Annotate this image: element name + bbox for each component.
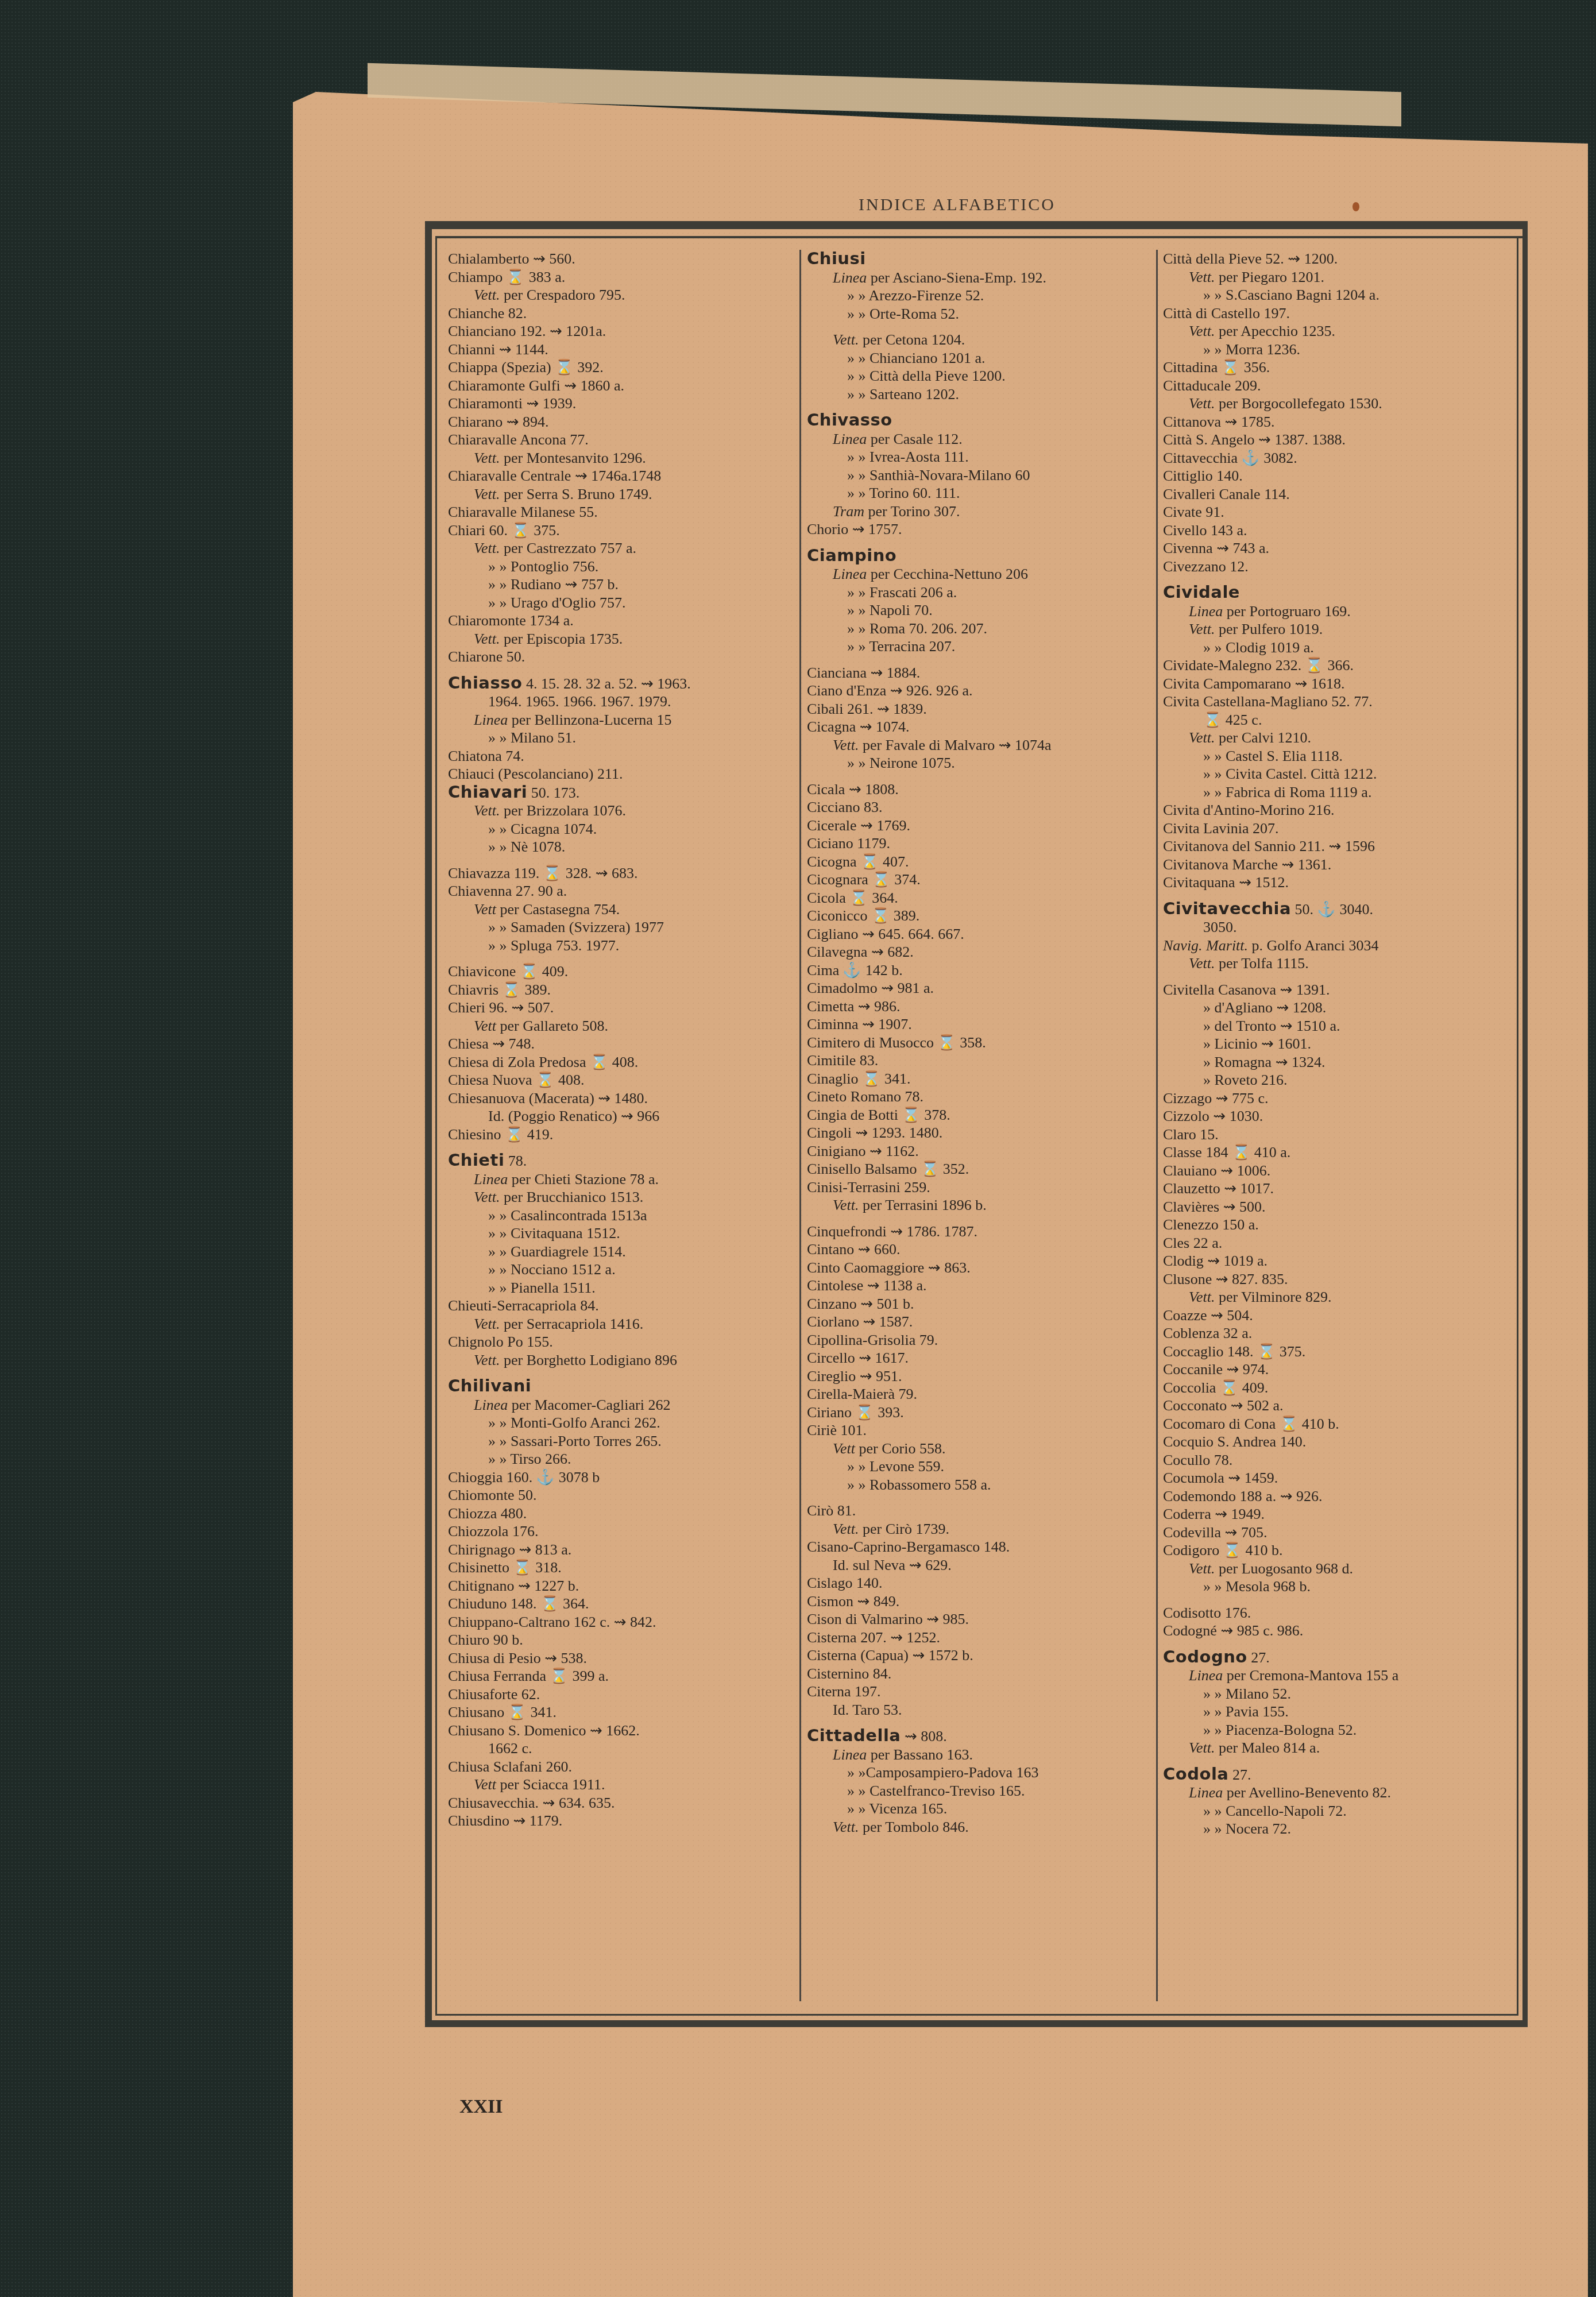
index-entry: Linea per Asciano-Siena-Emp. 192.: [807, 269, 1151, 287]
index-entry: Chieuti-Serracapriola 84.: [448, 1297, 798, 1315]
index-entry: » » Cicagna 1074.: [448, 820, 798, 838]
index-entry: Cireglio ⇝ 951.: [807, 1367, 1151, 1386]
index-entry: Vett. per Maleo 814 a.: [1163, 1739, 1513, 1757]
index-entry: Cisterna (Capua) ⇝ 1572 b.: [807, 1646, 1151, 1665]
index-entry: Vett. per Borghetto Lodigiano 896: [448, 1351, 798, 1370]
index-entry: Chiuduno 148. ⌛ 364.: [448, 1595, 798, 1613]
index-heading-entry: Codogno 27.: [1163, 1648, 1513, 1667]
index-entry: Cinaglio ⌛ 341.: [807, 1070, 1151, 1088]
index-entry: » » Rudiano ⇝ 757 b.: [448, 575, 798, 594]
index-entry: Linea per Avellino-Benevento 82.: [1163, 1784, 1513, 1802]
service-type-label: Vett.: [833, 1521, 859, 1537]
index-entry: » Licinio ⇝ 1601.: [1163, 1035, 1513, 1053]
index-entry: Chiesa ⇝ 748.: [448, 1035, 798, 1053]
index-entry: Chiusavecchia. ⇝ 634. 635.: [448, 1794, 798, 1812]
index-entry: Linea per Bassano 163.: [807, 1746, 1151, 1764]
index-entry: » del Tronto ⇝ 1510 a.: [1163, 1017, 1513, 1035]
index-entry: Vett. per Borgocollefegato 1530.: [1163, 395, 1513, 413]
index-entry: » » Neirone 1075.: [807, 754, 1151, 772]
index-entry: » » Sarteano 1202.: [807, 385, 1151, 404]
index-entry: Cislago 140.: [807, 1574, 1151, 1592]
frame-rule: [1522, 221, 1528, 2027]
index-entry: Civitella Casanova ⇝ 1391.: [1163, 981, 1513, 999]
index-entry: » » Orte-Roma 52.: [807, 305, 1151, 323]
index-entry: Vett. per Brucchianico 1513.: [448, 1188, 798, 1206]
station-heading: Civitavecchia: [1163, 899, 1291, 918]
service-type-label: Vett.: [1189, 269, 1215, 285]
frame-rule: [435, 236, 437, 2016]
index-entry: » » Santhià-Novara-Milano 60: [807, 466, 1151, 485]
index-entry: Chianche 82.: [448, 304, 798, 323]
index-entry: Linea per Cecchina-Nettuno 206: [807, 565, 1151, 583]
index-entry: » » Pavia 155.: [1163, 1703, 1513, 1721]
index-entry: Ciriè 101.: [807, 1421, 1151, 1440]
index-entry: » » Civita Castel. Città 1212.: [1163, 765, 1513, 783]
index-entry: » » Robassomero 558 a.: [807, 1476, 1151, 1494]
station-heading: Cittadella: [807, 1726, 901, 1745]
index-heading-entry: Chiusi: [807, 250, 1151, 269]
index-entry: Coccaglio 148. ⌛ 375.: [1163, 1343, 1513, 1361]
index-entry: Cocumola ⇝ 1459.: [1163, 1469, 1513, 1487]
index-entry: Chiaravalle Milanese 55.: [448, 503, 798, 521]
index-entry: Clauiano ⇝ 1006.: [1163, 1162, 1513, 1180]
service-type-label: Linea: [1189, 1784, 1223, 1801]
index-entry: Civita Campomarano ⇝ 1618.: [1163, 675, 1513, 693]
service-type-label: Vett.: [1189, 395, 1215, 412]
index-entry: Chiatona 74.: [448, 747, 798, 765]
index-entry: Linea per Chieti Stazione 78 a.: [448, 1170, 798, 1189]
index-entry: Cimitero di Musocco ⌛ 358.: [807, 1034, 1151, 1052]
service-type-label: Navig. Maritt.: [1163, 937, 1248, 954]
index-entry: » » Torino 60. 111.: [807, 484, 1151, 502]
station-heading: Codogno: [1163, 1647, 1247, 1666]
index-entry: Vett. per Serra S. Bruno 1749.: [448, 485, 798, 504]
index-entry: Civita d'Antino-Morino 216.: [1163, 801, 1513, 819]
index-entry: Vett. per Apecchio 1235.: [1163, 322, 1513, 341]
index-entry: Cisternino 84.: [807, 1665, 1151, 1683]
index-column-3: Città della Pieve 52. ⇝ 1200.Vett. per P…: [1163, 250, 1513, 1838]
index-entry: Cingoli ⇝ 1293. 1480.: [807, 1124, 1151, 1142]
column-divider: [799, 250, 801, 2001]
index-entry: » » Samaden (Svizzera) 1977: [448, 918, 798, 937]
index-entry: Cirò 81.: [807, 1502, 1151, 1520]
index-entry: » » Nocciano 1512 a.: [448, 1260, 798, 1279]
index-entry: Cisterna 207. ⇝ 1252.: [807, 1629, 1151, 1647]
index-entry: Chiuppano-Caltrano 162 c. ⇝ 842.: [448, 1613, 798, 1631]
index-heading-entry: Cividale: [1163, 583, 1513, 602]
index-entry: » » Clodig 1019 a.: [1163, 639, 1513, 657]
index-entry: Chisinetto ⌛ 318.: [448, 1559, 798, 1577]
index-entry: Cimitile 83.: [807, 1051, 1151, 1070]
index-entry: Cintolese ⇝ 1138 a.: [807, 1277, 1151, 1295]
index-entry: Civate 91.: [1163, 503, 1513, 521]
index-entry: Clodig ⇝ 1019 a.: [1163, 1252, 1513, 1270]
service-type-label: Linea: [1189, 603, 1223, 620]
index-entry: » Romagna ⇝ 1324.: [1163, 1053, 1513, 1072]
index-entry: Vett per Sciacca 1911.: [448, 1776, 798, 1794]
entry-refs: 27.: [1247, 1649, 1270, 1666]
index-entry: Civenna ⇝ 743 a.: [1163, 539, 1513, 558]
service-type-label: Tram: [833, 503, 864, 520]
index-entry: Cison di Valmarino ⇝ 985.: [807, 1610, 1151, 1629]
index-entry: » » Nocera 72.: [1163, 1820, 1513, 1838]
service-type-label: Vett.: [474, 631, 500, 647]
index-entry: Chiarone 50.: [448, 648, 798, 666]
index-entry: Coccanile ⇝ 974.: [1163, 1360, 1513, 1379]
index-entry: Cividate-Malegno 232. ⌛ 366.: [1163, 656, 1513, 675]
index-entry: Coccolia ⌛ 409.: [1163, 1379, 1513, 1397]
service-type-label: Vett.: [474, 450, 500, 466]
index-entry: Clusone ⇝ 827. 835.: [1163, 1270, 1513, 1289]
page-number: XXII: [459, 2096, 503, 2118]
index-entry: Vett. per Tombolo 846.: [807, 1818, 1151, 1836]
index-entry: Chiampo ⌛ 383 a.: [448, 268, 798, 287]
index-entry: Linea per Bellinzona-Lucerna 15: [448, 711, 798, 729]
index-entry: Id. sul Neva ⇝ 629.: [807, 1556, 1151, 1575]
index-entry: Vett per Gallareto 508.: [448, 1017, 798, 1035]
index-entry: Chiesa di Zola Predosa ⌛ 408.: [448, 1053, 798, 1072]
index-entry: Clauzetto ⇝ 1017.: [1163, 1180, 1513, 1198]
page-title: INDICE ALFABETICO: [859, 195, 1056, 215]
entry-refs: 4. 15. 28. 32 a. 52. ⇝ 1963.: [522, 675, 690, 692]
index-entry: » d'Agliano ⇝ 1208.: [1163, 999, 1513, 1017]
index-entry: Codisotto 176.: [1163, 1604, 1513, 1622]
service-type-label: Vett.: [1189, 323, 1215, 339]
index-entry: » » Spluga 753. 1977.: [448, 937, 798, 955]
index-entry: » » Sassari-Porto Torres 265.: [448, 1432, 798, 1451]
index-entry: Vett per Castasegna 754.: [448, 900, 798, 919]
index-entry: Vett. per Piegaro 1201.: [1163, 268, 1513, 287]
index-entry: Clavières ⇝ 500.: [1163, 1198, 1513, 1216]
index-entry: Cilavegna ⇝ 682.: [807, 943, 1151, 961]
index-entry: Chiavris ⌛ 389.: [448, 981, 798, 999]
index-entry: Cinisello Balsamo ⌛ 352.: [807, 1160, 1151, 1178]
index-entry: Cicola ⌛ 364.: [807, 889, 1151, 907]
index-entry: » » Levone 559.: [807, 1457, 1151, 1476]
station-heading: Chivasso: [807, 410, 892, 430]
index-entry: Chiusano ⌛ 341.: [448, 1703, 798, 1722]
service-type-label: Vett.: [474, 1352, 500, 1368]
index-entry: Vett. per Crespadoro 795.: [448, 286, 798, 304]
index-entry: Cittanova ⇝ 1785.: [1163, 413, 1513, 431]
station-heading: Chiavari: [448, 782, 527, 802]
index-entry: Codemondo 188 a. ⇝ 926.: [1163, 1487, 1513, 1506]
index-entry: Chiomonte 50.: [448, 1486, 798, 1505]
index-entry: » » Castel S. Elia 1118.: [1163, 747, 1513, 765]
index-entry: » » Fabrica di Roma 1119 a.: [1163, 783, 1513, 802]
index-entry: Chiusa Ferranda ⌛ 399 a.: [448, 1667, 798, 1685]
index-entry: Cinzano ⇝ 501 b.: [807, 1295, 1151, 1313]
index-entry: Città di Castello 197.: [1163, 304, 1513, 323]
index-entry: 1964. 1965. 1966. 1967. 1979.: [448, 693, 798, 711]
service-type-label: Linea: [833, 269, 867, 286]
index-entry: Chiesa Nuova ⌛ 408.: [448, 1071, 798, 1089]
index-frame: Chialamberto ⇝ 560.Chiampo ⌛ 383 a.Vett.…: [425, 221, 1528, 2027]
column-divider: [1156, 250, 1158, 2001]
index-entry: Chiaravalle Ancona 77.: [448, 431, 798, 449]
index-entry: Linea per Macomer-Cagliari 262: [448, 1396, 798, 1414]
index-entry: Chianni ⇝ 1144.: [448, 341, 798, 359]
index-entry: Vett. per Cirò 1739.: [807, 1520, 1151, 1538]
index-entry: » » Pontoglio 756.: [448, 558, 798, 576]
index-column-2: ChiusiLinea per Asciano-Siena-Emp. 192.»…: [807, 250, 1151, 1836]
station-heading: Chiusi: [807, 249, 866, 268]
index-entry: » » Città della Pieve 1200.: [807, 367, 1151, 385]
service-type-label: Linea: [474, 1397, 508, 1413]
index-entry: Cineto Romano 78.: [807, 1088, 1151, 1106]
station-heading: Chiasso: [448, 673, 522, 693]
index-entry: Chignolo Po 155.: [448, 1333, 798, 1351]
index-entry: Chiavicone ⌛ 409.: [448, 962, 798, 981]
index-entry: » » Chianciano 1201 a.: [807, 349, 1151, 368]
index-entry: Chiusaforte 62.: [448, 1685, 798, 1704]
index-entry: » » S.Casciano Bagni 1204 a.: [1163, 286, 1513, 304]
index-entry: Vett. per Favale di Malvaro ⇝ 1074a: [807, 736, 1151, 755]
index-entry: Chiaromonte 1734 a.: [448, 612, 798, 630]
index-entry: Cigliano ⇝ 645. 664. 667.: [807, 925, 1151, 943]
index-entry: » » Monti-Golfo Aranci 262.: [448, 1414, 798, 1432]
index-entry: Clenezzo 150 a.: [1163, 1216, 1513, 1234]
index-entry: Civello 143 a.: [1163, 521, 1513, 540]
index-entry: Vett. per Montesanvito 1296.: [448, 449, 798, 467]
index-entry: Vett. per Calvi 1210.: [1163, 729, 1513, 747]
index-heading-entry: Ciampino: [807, 547, 1151, 566]
index-entry: Ciciano 1179.: [807, 834, 1151, 853]
index-entry: Ciano d'Enza ⇝ 926. 926 a.: [807, 682, 1151, 700]
index-entry: Citerna 197.: [807, 1683, 1151, 1701]
index-heading-entry: Chivasso: [807, 411, 1151, 430]
station-heading: Codola: [1163, 1764, 1228, 1784]
index-entry: Chialamberto ⇝ 560.: [448, 250, 798, 268]
index-entry: Vett. per Episcopia 1735.: [448, 630, 798, 648]
index-entry: Cicognara ⌛ 374.: [807, 871, 1151, 889]
service-type-label: Linea: [1189, 1667, 1223, 1684]
index-entry: Chiesino ⌛ 419.: [448, 1126, 798, 1144]
service-type-label: Vett.: [833, 1197, 859, 1213]
service-type-label: Linea: [833, 431, 867, 447]
index-entry: Ciconicco ⌛ 389.: [807, 907, 1151, 925]
index-entry: » » Piacenza-Bologna 52.: [1163, 1721, 1513, 1739]
index-entry: Chiozza 480.: [448, 1505, 798, 1523]
service-type-label: Vett.: [1189, 1289, 1215, 1305]
index-entry: Vett. per Serracapriola 1416.: [448, 1315, 798, 1333]
index-entry: Cocullo 78.: [1163, 1451, 1513, 1470]
service-type-label: Vett.: [1189, 729, 1215, 746]
index-entry: Chieri 96. ⇝ 507.: [448, 999, 798, 1017]
service-type-label: Vett.: [1189, 1560, 1215, 1577]
index-entry: Civita Castellana-Magliano 52. 77.: [1163, 693, 1513, 711]
index-entry: Città S. Angelo ⇝ 1387. 1388.: [1163, 431, 1513, 449]
index-entry: Cles 22 a.: [1163, 1234, 1513, 1252]
index-entry: Chiuro 90 b.: [448, 1631, 798, 1649]
index-entry: » »Camposampiero-Padova 163: [807, 1764, 1151, 1782]
service-type-label: Vett.: [1189, 1739, 1215, 1756]
index-entry: Cicala ⇝ 1808.: [807, 780, 1151, 799]
index-entry: » » Ivrea-Aosta 111.: [807, 448, 1151, 466]
index-entry: Ciorlano ⇝ 1587.: [807, 1313, 1151, 1331]
index-entry: » » Napoli 70.: [807, 601, 1151, 620]
index-heading-entry: Civitavecchia 50. ⚓ 3040.: [1163, 900, 1513, 919]
service-type-label: Linea: [474, 1171, 508, 1188]
index-entry: Cismon ⇝ 849.: [807, 1592, 1151, 1611]
index-entry: Cittadina ⌛ 356.: [1163, 358, 1513, 377]
entry-refs: 50. ⚓ 3040.: [1291, 901, 1373, 918]
index-entry: Chiusa Sclafani 260.: [448, 1758, 798, 1776]
service-type-label: Vett.: [474, 287, 500, 303]
index-entry: Chiaravalle Centrale ⇝ 1746a.1748: [448, 467, 798, 485]
index-entry: Vett. per Pulfero 1019.: [1163, 620, 1513, 639]
frame-rule: [1517, 236, 1518, 2016]
index-entry: Civitanova Marche ⇝ 1361.: [1163, 856, 1513, 874]
service-type-label: Linea: [474, 711, 508, 728]
index-entry: Chiarano ⇝ 894.: [448, 413, 798, 431]
service-type-label: Linea: [833, 566, 867, 582]
index-column-1: Chialamberto ⇝ 560.Chiampo ⌛ 383 a.Vett.…: [448, 250, 798, 1830]
index-entry: Circello ⇝ 1617.: [807, 1349, 1151, 1367]
index-entry: ⌛ 425 c.: [1163, 711, 1513, 729]
index-entry: Cicagna ⇝ 1074.: [807, 718, 1151, 736]
index-entry: Chiusa di Pesio ⇝ 538.: [448, 1649, 798, 1668]
service-type-label: Vett.: [833, 737, 859, 753]
index-entry: » » Vicenza 165.: [807, 1800, 1151, 1818]
index-entry: Cingia de Botti ⌛ 378.: [807, 1106, 1151, 1124]
index-entry: Cisano-Caprino-Bergamasco 148.: [807, 1538, 1151, 1556]
index-heading-entry: Chieti 78.: [448, 1151, 798, 1170]
index-entry: Coazze ⇝ 504.: [1163, 1306, 1513, 1325]
index-entry: » » Tirso 266.: [448, 1450, 798, 1468]
index-entry: Cintano ⇝ 660.: [807, 1240, 1151, 1259]
index-entry: » » Urago d'Oglio 757.: [448, 594, 798, 612]
index-entry: » » Roma 70. 206. 207.: [807, 620, 1151, 638]
service-type-label: Vett.: [474, 486, 500, 502]
index-entry: Cittavecchia ⚓ 3082.: [1163, 449, 1513, 467]
index-entry: » » Civitaquana 1512.: [448, 1224, 798, 1243]
index-entry: Chiaramonte Gulfi ⇝ 1860 a.: [448, 377, 798, 395]
index-entry: Codigoro ⌛ 410 b.: [1163, 1541, 1513, 1560]
index-entry: Chorio ⇝ 1757.: [807, 520, 1151, 539]
index-entry: Chiusdino ⇝ 1179.: [448, 1812, 798, 1830]
index-entry: Cicerale ⇝ 1769.: [807, 817, 1151, 835]
index-entry: Linea per Portogruaro 169.: [1163, 602, 1513, 621]
index-entry: » » Guardiagrele 1514.: [448, 1243, 798, 1261]
entry-refs: 27.: [1228, 1766, 1251, 1783]
index-entry: 1662 c.: [448, 1739, 798, 1758]
index-entry: Chiari 60. ⌛ 375.: [448, 521, 798, 540]
index-entry: Ciminna ⇝ 1907.: [807, 1015, 1151, 1034]
index-entry: Vett. per Vilminore 829.: [1163, 1288, 1513, 1306]
index-entry: Civita Lavinia 207.: [1163, 819, 1513, 838]
service-type-label: Vett.: [474, 802, 500, 819]
index-entry: Chiappa (Spezia) ⌛ 392.: [448, 358, 798, 377]
index-entry: » » Pianella 1511.: [448, 1279, 798, 1297]
frame-rule: [425, 2020, 1528, 2027]
service-type-label: Vett.: [833, 331, 859, 348]
index-entry: Chiaramonti ⇝ 1939.: [448, 395, 798, 413]
index-entry: Vett. per Cetona 1204.: [807, 331, 1151, 349]
index-entry: » Roveto 216.: [1163, 1071, 1513, 1089]
index-entry: Vett. per Brizzolara 1076.: [448, 802, 798, 820]
index-entry: Cimadolmo ⇝ 981 a.: [807, 979, 1151, 997]
index-entry: » » Cancello-Napoli 72.: [1163, 1802, 1513, 1820]
index-entry: Città della Pieve 52. ⇝ 1200.: [1163, 250, 1513, 268]
index-entry: Cimetta ⇝ 986.: [807, 997, 1151, 1016]
index-entry: » » Casalincontrada 1513a: [448, 1206, 798, 1225]
index-entry: Cizzolo ⇝ 1030.: [1163, 1107, 1513, 1126]
index-entry: Cinigiano ⇝ 1162.: [807, 1142, 1151, 1161]
index-entry: Vett. per Luogosanto 968 d.: [1163, 1560, 1513, 1578]
index-entry: Coderra ⇝ 1949.: [1163, 1505, 1513, 1523]
index-entry: Chianciano 192. ⇝ 1201a.: [448, 322, 798, 341]
index-entry: » » Arezzo-Firenze 52.: [807, 287, 1151, 305]
index-entry: Navig. Maritt. p. Golfo Aranci 3034: [1163, 937, 1513, 955]
index-entry: Chiusano S. Domenico ⇝ 1662.: [448, 1722, 798, 1740]
station-heading: Cividale: [1163, 582, 1240, 602]
index-entry: Cocquio S. Andrea 140.: [1163, 1433, 1513, 1451]
service-type-label: Linea: [833, 1746, 867, 1763]
index-entry: » » Frascati 206 a.: [807, 583, 1151, 602]
service-type-label: Vett: [833, 1440, 855, 1457]
index-entry: » » Milano 51.: [448, 729, 798, 747]
service-type-label: Vett.: [474, 1316, 500, 1332]
service-type-label: Vett.: [1189, 955, 1215, 972]
index-entry: Cizzago ⇝ 775 c.: [1163, 1089, 1513, 1108]
index-entry: Vett. per Terrasini 1896 b.: [807, 1196, 1151, 1215]
index-entry: Codevilla ⇝ 705.: [1163, 1523, 1513, 1542]
index-entry: Coblenza 32 a.: [1163, 1324, 1513, 1343]
index-entry: Civitanova del Sannio 211. ⇝ 1596: [1163, 837, 1513, 856]
station-heading: Ciampino: [807, 546, 896, 565]
index-entry: Vett. per Tolfa 1115.: [1163, 954, 1513, 973]
index-entry: Chioggia 160. ⚓ 3078 b: [448, 1468, 798, 1487]
service-type-label: Vett.: [1189, 621, 1215, 637]
index-heading-entry: Codola 27.: [1163, 1765, 1513, 1784]
service-type-label: Vett: [474, 1776, 496, 1793]
entry-refs: 78.: [504, 1153, 527, 1169]
index-heading-entry: Chilivani: [448, 1377, 798, 1396]
index-entry: Cicciano 83.: [807, 798, 1151, 817]
index-entry: Chirignago ⇝ 813 a.: [448, 1541, 798, 1559]
index-entry: Chiozzola 176.: [448, 1522, 798, 1541]
service-type-label: Vett.: [474, 1189, 500, 1205]
entry-refs: 50. 173.: [527, 784, 579, 801]
index-entry: 3050.: [1163, 918, 1513, 937]
index-entry: Cinquefrondi ⇝ 1786. 1787.: [807, 1223, 1151, 1241]
index-entry: Tram per Torino 307.: [807, 502, 1151, 521]
index-entry: Cima ⚓ 142 b.: [807, 961, 1151, 980]
index-entry: Vett per Corio 558.: [807, 1440, 1151, 1458]
index-entry: Cinto Caomaggiore ⇝ 863.: [807, 1259, 1151, 1277]
index-entry: Id. Taro 53.: [807, 1701, 1151, 1719]
frame-rule: [435, 2014, 1518, 2016]
index-entry: Cocconato ⇝ 502 a.: [1163, 1397, 1513, 1415]
index-entry: Claro 15.: [1163, 1126, 1513, 1144]
index-entry: Id. (Poggio Renatico) ⇝ 966: [448, 1107, 798, 1126]
index-heading-entry: Cittadella ⇝ 808.: [807, 1727, 1151, 1746]
index-entry: Vett. per Castrezzato 757 a.: [448, 539, 798, 558]
ink-spot: [1352, 202, 1359, 211]
index-entry: Cibali 261. ⇝ 1839.: [807, 700, 1151, 718]
index-entry: Civezzano 12.: [1163, 558, 1513, 576]
index-entry: » » Castelfranco-Treviso 165.: [807, 1782, 1151, 1800]
service-type-label: Vett.: [833, 1819, 859, 1835]
index-entry: Chitignano ⇝ 1227 b.: [448, 1577, 798, 1595]
index-entry: Cipollina-Grisolia 79.: [807, 1331, 1151, 1349]
frame-rule: [425, 221, 1528, 229]
index-entry: » » Nè 1078.: [448, 838, 798, 856]
index-heading-entry: Chiasso 4. 15. 28. 32 a. 52. ⇝ 1963.: [448, 674, 798, 693]
index-entry: Linea per Cremona-Mantova 155 a: [1163, 1666, 1513, 1685]
index-entry: » » Milano 52.: [1163, 1685, 1513, 1703]
